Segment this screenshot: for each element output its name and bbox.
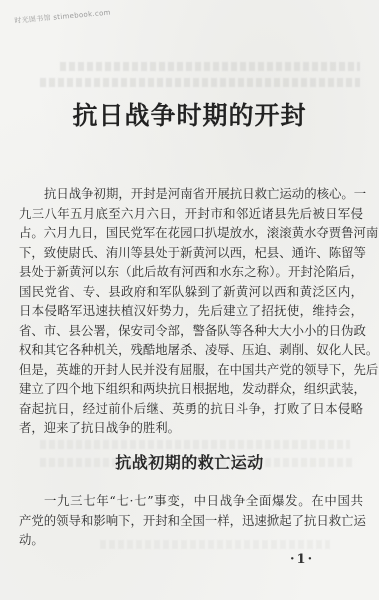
text-line: 权和其它各种机关，残酷地屠杀、凌辱、压迫、剥削、奴化人民。 <box>19 340 363 360</box>
text-line: 产党的领导和影响下，开封和全国一样，迅速掀起了抗日救亡运 <box>19 511 363 531</box>
text-line: 占。六月九日，国民党军在花园口扒堤放水，滚滚黄水夺贾鲁河南 <box>19 223 363 243</box>
chapter-title: 抗日战争时期的开封 <box>0 96 379 132</box>
page-number: ·1· <box>290 552 314 567</box>
text-line: 国民党省、专、县政府和军队躲到了新黄河以西和黄泛区内， <box>19 282 363 302</box>
bleed-through-texture <box>40 440 350 449</box>
text-line: 县处于新黄河以东（此后故有河西和水东之称）。开封沦陷后， <box>19 262 363 282</box>
text-line: 者，迎来了抗日战争的胜利。 <box>19 418 363 438</box>
text-line: 下，致使尉氏、洧川等县处于新黄河以西，杞县、通许、陈留等 <box>19 243 363 263</box>
text-line: 建立了四个地下组织和两块抗日根据地，发动群众，组织武装， <box>19 379 363 399</box>
bleed-through-texture <box>40 78 360 87</box>
watermark: 时光图书馆 stimebook.com <box>14 8 111 26</box>
text-line: 九三八年五月底至六月六日，开封市和邻近诸县先后被日军侵 <box>19 204 363 224</box>
text-line: 动。 <box>19 530 363 550</box>
text-line: 日本侵略军迅速扶植汉奸势力，先后建立了招抚使，维持会， <box>19 301 363 321</box>
bleed-through-texture <box>60 62 360 71</box>
text-line: 一九三七年“七·七”事变，中日战争全面爆发。在中国共 <box>19 491 363 511</box>
text-line: 省、市、县公署，保安司令部，警备队等各种大大小小的日伪政 <box>19 321 363 341</box>
paragraph-2: 一九三七年“七·七”事变，中日战争全面爆发。在中国共 产党的领导和影响下，开封和… <box>19 491 363 550</box>
text-line: 抗日战争初期，开封是河南省开展抗日救亡运动的核心。一 <box>19 184 363 204</box>
book-page: 时光图书馆 stimebook.com 抗日战争时期的开封 抗日战争初期，开封是… <box>0 0 379 600</box>
section-heading: 抗战初期的救亡运动 <box>0 450 379 473</box>
text-line: 但是，英雄的开封人民并没有屈服，在中国共产党的领导下，先后 <box>19 360 363 380</box>
paragraph-1: 抗日战争初期，开封是河南省开展抗日救亡运动的核心。一 九三八年五月底至六月六日，… <box>19 184 363 438</box>
text-line: 奋起抗日，经过前仆后继、英勇的抗日斗争，打败了日本侵略 <box>19 399 363 419</box>
